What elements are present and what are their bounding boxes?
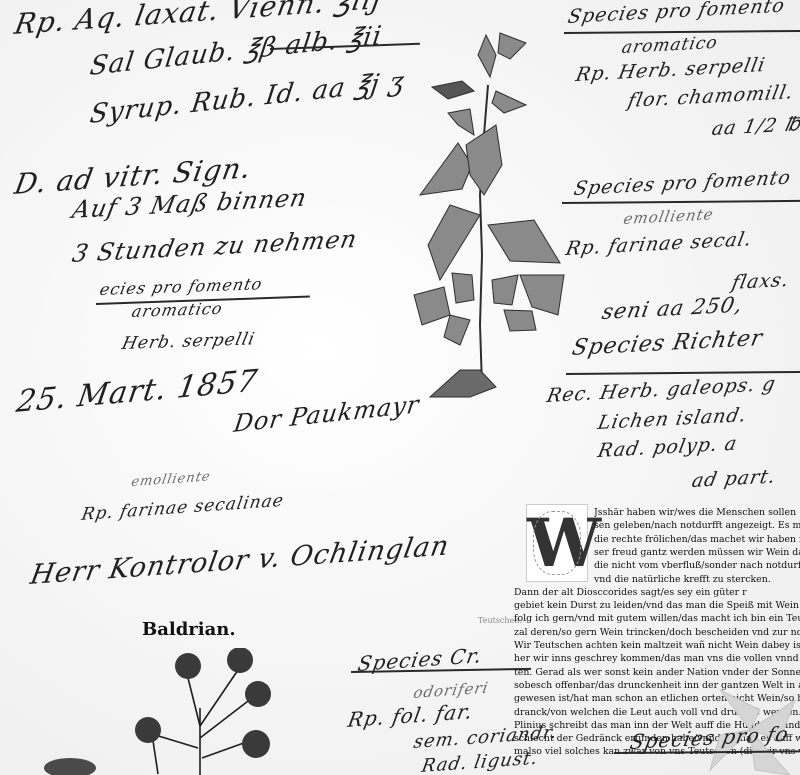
handwritten-line: flaxs. <box>730 269 791 294</box>
printed-text-line: sen geleben/nach notdurfft angezeigt. Es… <box>594 519 800 532</box>
baldrian-woodcut-illustration <box>40 648 300 775</box>
printed-text-line: ten. Gerad als wer sonst kein ander Nati… <box>514 666 800 679</box>
handwritten-line: aa 1/2 ℔ <box>710 113 800 140</box>
woodcut-title-baldrian: Baldrian. <box>142 619 236 640</box>
printed-text-line: die nicht vom vberfluß/sonder nach notdu… <box>594 559 800 572</box>
printed-text-line: gebiet kein Durst zu leiden/vnd das man … <box>514 599 800 612</box>
printed-text-line: vnd die natürliche krefft zu stercken. <box>594 573 800 586</box>
printed-text-line: folg ich gern/vnd mit gutem willen/das m… <box>514 612 800 625</box>
printed-text-line: Wir Teutschen achten kein maltzeit wañ n… <box>514 639 800 652</box>
printed-text-line: ser freud gantz werden müssen wir Wein d… <box>594 546 800 559</box>
decorated-initial-letter: W <box>526 504 588 582</box>
printed-text-line: Jsshär haben wir/wes die Menschen sollen <box>594 506 800 519</box>
handwritten-line: ad part. <box>690 465 778 492</box>
printed-text-line: die rechte frölichen/das machet wir habe… <box>594 533 800 546</box>
printed-text-line: Dann der alt Diosccorides sagt/es sey ei… <box>514 586 800 599</box>
nettle-woodcut-illustration <box>400 25 570 400</box>
printed-text-line: her wir inns geschrey kommen/das man vns… <box>514 652 800 665</box>
printed-text-line: zal deren/so gern Wein trincken/doch bes… <box>514 626 800 639</box>
